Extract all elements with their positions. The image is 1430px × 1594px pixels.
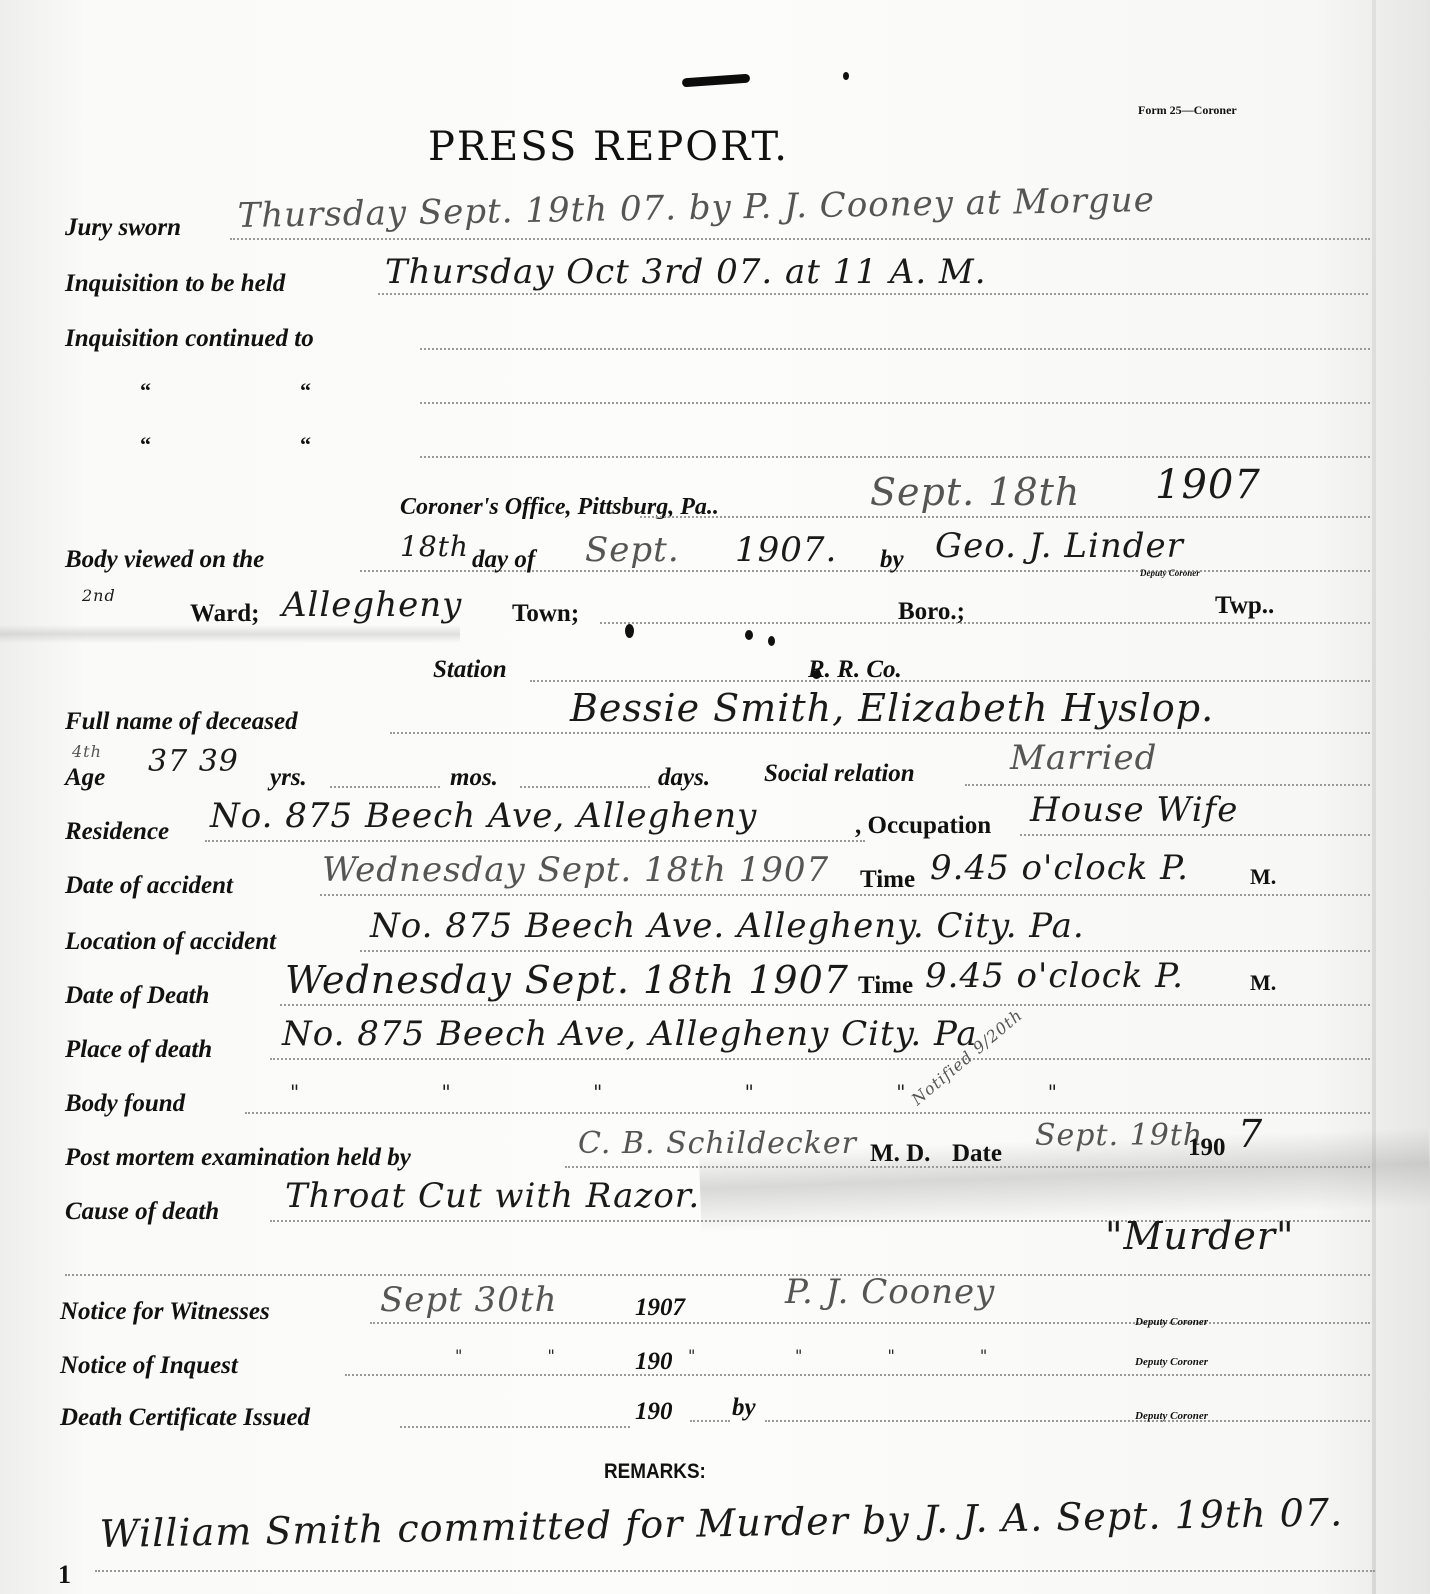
notice-inquest-label: Notice of Inquest [60, 1352, 238, 1380]
twp-label: Twp.. [1215, 592, 1274, 620]
post-mortem-value: C. B. Schildecker [578, 1126, 857, 1161]
body-viewed-label: Body viewed on the [65, 546, 264, 574]
ink-dash-mark [682, 74, 750, 88]
cause-of-death-label: Cause of death [65, 1198, 219, 1226]
notice-inquest-by: " " " [795, 1346, 1027, 1365]
dotted-line [245, 1112, 1370, 1114]
town-label: Town; [512, 600, 579, 628]
ward-value: 2nd [82, 586, 116, 605]
accident-time-label: Time [860, 866, 915, 894]
ink-spot [768, 636, 775, 646]
deputy-coroner-label: Deputy Coroner [1135, 1316, 1208, 1328]
yrs-label: yrs. [270, 764, 307, 792]
dotted-line [378, 293, 1368, 295]
post-mortem-date-value: Sept. 19th [1035, 1118, 1203, 1153]
rr-co-label: R. R. Co. [808, 656, 902, 684]
cause-of-death-value: Throat Cut with Razor. [285, 1176, 700, 1216]
post-mortem-date-label: Date [952, 1140, 1002, 1168]
dotted-line [280, 1004, 1370, 1006]
notice-inquest-year-label: 190 [635, 1348, 673, 1376]
office-year-value: 1907 [1155, 462, 1261, 508]
age-note: 4th [72, 742, 102, 761]
full-name-value: Bessie Smith, Elizabeth Hyslop. [570, 686, 1214, 730]
death-certificate-year: 190 [635, 1398, 673, 1426]
station-label: Station [433, 656, 507, 684]
death-time-value: 9.45 o'clock P. [925, 956, 1184, 996]
office-date-value: Sept. 18th [870, 470, 1080, 514]
death-place-value: No. 875 Beech Ave, Allegheny City. Pa [282, 1014, 978, 1054]
dotted-line [95, 1570, 1375, 1572]
body-viewed-day: 18th [400, 530, 469, 563]
jury-sworn-label: Jury sworn [65, 214, 181, 242]
dotted-line [400, 1426, 630, 1428]
page-edge [1372, 0, 1376, 1594]
death-date-label: Date of Death [65, 982, 209, 1010]
dotted-line [1020, 834, 1370, 836]
dotted-line [320, 894, 1370, 896]
death-time-suffix: M. [1250, 970, 1276, 996]
ink-spot [625, 624, 634, 638]
boro-label: Boro.; [898, 598, 965, 626]
inquisition-held-label: Inquisition to be held [65, 270, 285, 298]
remark-number: 1 [58, 1560, 71, 1590]
accident-location-label: Location of accident [65, 928, 276, 956]
verdict-value: "Murder" [1105, 1214, 1294, 1258]
day-of-label: day of [472, 546, 535, 574]
mos-label: mos. [450, 764, 498, 792]
by-label: by [880, 546, 904, 574]
town-value: Allegheny [282, 585, 462, 625]
dotted-line [360, 950, 1370, 952]
notice-witnesses-date: Sept 30th [380, 1280, 557, 1320]
dotted-line [330, 786, 440, 788]
dotted-line [530, 680, 1370, 682]
dotted-line [370, 1322, 1370, 1324]
notice-witnesses-by: P. J. Cooney [785, 1272, 995, 1312]
dotted-line [690, 1420, 730, 1422]
ward-label: Ward; [190, 600, 259, 628]
jury-sworn-value: Thursday Sept. 19th 07. by P. J. Cooney … [237, 180, 1155, 236]
dotted-line [520, 786, 650, 788]
days-label: days. [658, 764, 710, 792]
death-time-label: Time [858, 972, 913, 1000]
ditto-mark: “ [140, 432, 151, 458]
dotted-line [765, 1420, 1370, 1422]
dotted-line [600, 622, 1370, 624]
death-date-value: Wednesday Sept. 18th 1907 [285, 958, 849, 1002]
ditto-mark: “ [300, 378, 311, 404]
body-found-label: Body found [65, 1090, 185, 1118]
dotted-line [345, 1374, 1370, 1376]
age-value: 37 39 [148, 744, 239, 779]
social-relation-value: Married [1010, 738, 1157, 778]
remarks-title: REMARKS: [604, 1460, 706, 1484]
accident-date-label: Date of accident [65, 872, 233, 900]
occupation-value: House Wife [1030, 790, 1238, 830]
accident-time-suffix: M. [1250, 864, 1276, 890]
inquisition-held-value: Thursday Oct 3rd 07. at 11 A. M. [385, 252, 987, 292]
inquisition-continued-label: Inquisition continued to [65, 325, 314, 353]
post-mortem-label: Post mortem examination held by [65, 1144, 411, 1172]
notice-witnesses-label: Notice for Witnesses [60, 1298, 270, 1326]
deputy-coroner-label: Deputy Coroner [1135, 1356, 1208, 1368]
accident-time-value: 9.45 o'clock P. [930, 848, 1189, 888]
post-mortem-year-label: 190 [1188, 1134, 1226, 1162]
notice-inquest-date: " " [455, 1346, 595, 1365]
age-label: Age [65, 764, 105, 792]
press-report-form: Form 25—Coroner PRESS REPORT. Jury sworn… [0, 0, 1430, 1594]
residence-value: No. 875 Beech Ave, Allegheny [210, 796, 757, 836]
ink-spot [843, 72, 849, 80]
dotted-line [420, 348, 1370, 350]
social-relation-label: Social relation [764, 760, 915, 788]
ink-spot [745, 630, 753, 640]
accident-location-value: No. 875 Beech Ave. Allegheny. City. Pa. [370, 906, 1085, 946]
death-place-label: Place of death [65, 1036, 212, 1064]
death-certificate-by: by [732, 1394, 756, 1422]
body-viewed-month: Sept. [585, 530, 680, 570]
notice-inquest-year-value: " [688, 1346, 696, 1365]
body-viewed-by: Geo. J. Linder [935, 526, 1184, 566]
full-name-label: Full name of deceased [65, 708, 298, 736]
deputy-coroner-label: Deputy Coroner [1140, 568, 1200, 578]
dotted-line [420, 402, 1370, 404]
post-mortem-year-value: 7 [1238, 1112, 1263, 1156]
dotted-line [205, 840, 865, 842]
dotted-line [270, 1058, 1370, 1060]
dotted-line [230, 238, 1370, 240]
notice-witnesses-year: 1907 [635, 1294, 685, 1322]
ditto-mark: “ [140, 378, 151, 404]
md-label: M. D. [870, 1140, 930, 1168]
body-viewed-year: 1907. [735, 530, 837, 570]
death-certificate-label: Death Certificate Issued [60, 1404, 310, 1432]
dotted-line [965, 784, 1370, 786]
remark-text: William Smith committed for Murder by J.… [99, 1490, 1343, 1556]
dotted-line [390, 732, 1370, 734]
form-title: PRESS REPORT. [428, 124, 789, 170]
deputy-coroner-label: Deputy Coroner [1135, 1410, 1208, 1422]
occupation-label: , Occupation [855, 812, 991, 840]
dotted-line [420, 456, 1370, 458]
ditto-mark: “ [300, 432, 311, 458]
accident-date-value: Wednesday Sept. 18th 1907 [322, 850, 829, 890]
form-number: Form 25—Coroner [1138, 103, 1237, 118]
dotted-line [65, 1274, 1370, 1276]
body-found-value: " " " " " " [290, 1080, 1125, 1104]
dotted-line [640, 516, 1370, 518]
residence-label: Residence [65, 818, 169, 846]
